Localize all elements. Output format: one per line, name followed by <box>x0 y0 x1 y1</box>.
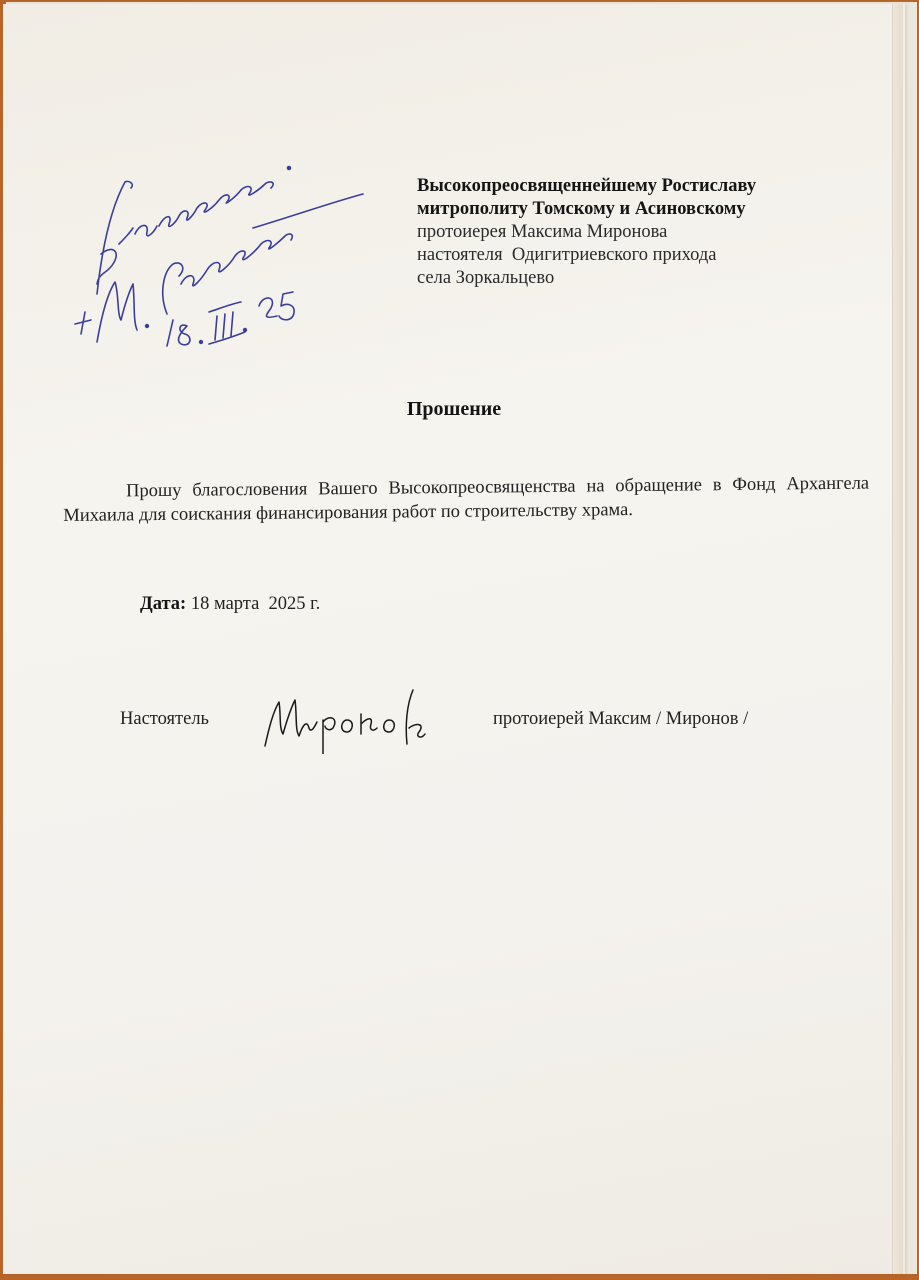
sender-line-2: настоятеля Одигитриевского прихода <box>417 244 756 267</box>
handwritten-resolution <box>63 144 383 364</box>
date-line: Дата: 18 марта 2025 г. <box>140 594 320 615</box>
signatory-name: протоиерей Максим / Миронов / <box>493 709 748 730</box>
sender-line-1: протоиерея Максима Миронова <box>417 221 756 244</box>
handwritten-signature <box>253 684 433 754</box>
addressee-line-1: Высокопреосвященнейшему Ростиславу <box>417 175 756 198</box>
date-label: Дата: <box>140 594 186 614</box>
sender-line-3: села Зоркальцево <box>417 267 756 290</box>
document-title: Прошение <box>3 398 905 421</box>
addressee-block: Высокопреосвященнейшему Ростиславу митро… <box>417 175 756 290</box>
petition-body: Прошу благословения Вашего Высокопреосвя… <box>63 472 869 528</box>
page-edge <box>892 4 903 1274</box>
date-value: 18 марта 2025 г. <box>191 594 320 614</box>
addressee-line-2: митрополиту Томскому и Асиновскому <box>417 198 756 221</box>
document-page: Высокопреосвященнейшему Ростиславу митро… <box>3 4 905 1274</box>
position-label: Настоятель <box>120 709 209 730</box>
